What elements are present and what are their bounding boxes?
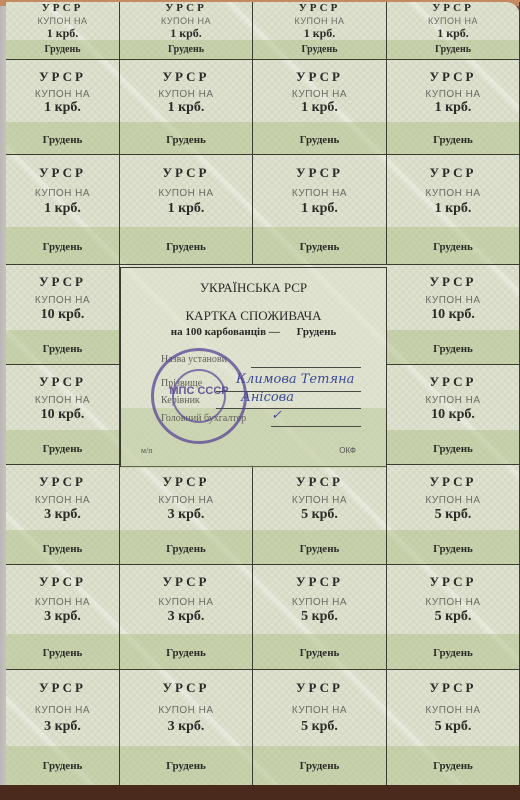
coupon-label: КУПОН НА bbox=[120, 705, 252, 716]
coupon-label: КУПОН НА bbox=[253, 16, 386, 26]
coupon-month: Грудень bbox=[6, 443, 119, 455]
coupon: УРСРКУПОН НА10 крб.Грудень bbox=[387, 265, 520, 365]
coupon-label: КУПОН НА bbox=[253, 89, 386, 100]
coupon-month: Грудень bbox=[253, 241, 386, 253]
coupon-issuer: УРСР bbox=[253, 69, 386, 85]
coupon-label: КУПОН НА bbox=[387, 495, 519, 506]
coupon: УРСРКУПОН НА5 крб.Грудень bbox=[387, 465, 520, 565]
coupon-label: КУПОН НА bbox=[6, 597, 119, 608]
coupon-value: 1 крб. bbox=[120, 26, 252, 41]
coupon-issuer: УРСР bbox=[253, 574, 386, 590]
coupon-issuer: УРСР bbox=[6, 574, 119, 590]
coupon-issuer: УРСР bbox=[6, 274, 119, 290]
card-title: КАРТКА СПОЖИВАЧА bbox=[121, 308, 386, 324]
coupon-value: 3 крб. bbox=[120, 507, 252, 523]
coupon-month: Грудень bbox=[120, 543, 252, 555]
coupon-value: 5 крб. bbox=[253, 507, 386, 523]
coupon-label: КУПОН НА bbox=[387, 705, 519, 716]
table-surface-bottom bbox=[0, 785, 520, 800]
coupon-month: Грудень bbox=[387, 134, 519, 146]
coupon: УРСРКУПОН НА10 крб.Грудень bbox=[6, 265, 120, 365]
coupon: УРСРКУПОН НА3 крб.Грудень bbox=[120, 565, 253, 670]
coupon-value: 1 крб. bbox=[120, 100, 252, 116]
coupon-value: 3 крб. bbox=[6, 719, 119, 735]
coupon-issuer: УРСР bbox=[120, 2, 252, 14]
coupon: УРСРКУПОН НА5 крб.Грудень bbox=[387, 670, 520, 786]
coupon-issuer: УРСР bbox=[120, 680, 252, 696]
coupon-label: КУПОН НА bbox=[387, 188, 519, 199]
coupon: УРСРКУПОН НА3 крб.Грудень bbox=[120, 670, 253, 786]
coupon-value: 10 крб. bbox=[387, 307, 519, 323]
card-month: Грудень bbox=[297, 326, 337, 338]
coupon: УРСРКУПОН НА1 крб.Грудень bbox=[387, 60, 520, 155]
coupon: УРСРКУПОН НА10 крб.Грудень bbox=[6, 365, 120, 465]
card-amount-line: на 100 карбованців — Грудень bbox=[121, 326, 386, 338]
coupon-label: КУПОН НА bbox=[253, 705, 386, 716]
coupon-label: КУПОН НА bbox=[6, 395, 119, 406]
coupon-month: Грудень bbox=[6, 760, 119, 772]
coupon: УРСРКУПОН НА3 крб.Грудень bbox=[6, 565, 120, 670]
coupon-value: 1 крб. bbox=[253, 26, 386, 41]
coupon-month: Грудень bbox=[387, 44, 519, 55]
coupon-value: 1 крб. bbox=[6, 201, 119, 217]
coupon-label: КУПОН НА bbox=[120, 188, 252, 199]
coupon-label: КУПОН НА bbox=[387, 395, 519, 406]
coupon-value: 1 крб. bbox=[387, 201, 519, 217]
coupon-month: Грудень bbox=[6, 44, 119, 55]
coupon-month: Грудень bbox=[6, 134, 119, 146]
coupon-month: Грудень bbox=[120, 44, 252, 55]
coupon: УРСРКУПОН НА3 крб.Грудень bbox=[120, 465, 253, 565]
coupon: УРСРКУПОН НА1 крб.Грудень bbox=[253, 2, 387, 60]
coupon-month: Грудень bbox=[6, 543, 119, 555]
coupon: УРСРКУПОН НА3 крб.Грудень bbox=[6, 465, 120, 565]
coupon-issuer: УРСР bbox=[253, 165, 386, 181]
coupon-value: 5 крб. bbox=[253, 719, 386, 735]
coupon-month: Грудень bbox=[387, 343, 519, 355]
coupon-month: Грудень bbox=[253, 760, 386, 772]
coupon-sheet: УРСРКУПОН НА5 крб.ГруденьУРСРКУПОН НА5 к… bbox=[6, 2, 520, 788]
coupon-issuer: УРСР bbox=[253, 474, 386, 490]
coupon-month: Грудень bbox=[6, 241, 119, 253]
coupon: УРСРКУПОН НА1 крб.Грудень bbox=[120, 155, 253, 265]
coupon-issuer: УРСР bbox=[253, 2, 386, 14]
coupon-label: КУПОН НА bbox=[387, 16, 519, 26]
coupon-month: Грудень bbox=[387, 543, 519, 555]
signature-head: Анісова bbox=[241, 390, 294, 405]
coupon-month: Грудень bbox=[387, 241, 519, 253]
coupon-issuer: УРСР bbox=[6, 374, 119, 390]
coupon-label: КУПОН НА bbox=[120, 16, 252, 26]
coupon: УРСРКУПОН НА1 крб.Грудень bbox=[387, 2, 520, 60]
coupon-value: 5 крб. bbox=[387, 719, 519, 735]
coupon-month: Грудень bbox=[6, 343, 119, 355]
coupon-issuer: УРСР bbox=[387, 2, 519, 14]
signature-surname: Климова Тетяна bbox=[236, 372, 354, 387]
coupon-value: 1 крб. bbox=[6, 26, 119, 41]
coupon-issuer: УРСР bbox=[6, 165, 119, 181]
coupon-value: 1 крб. bbox=[387, 100, 519, 116]
card-republic: УКРАЇНСЬКА РСР bbox=[121, 280, 386, 296]
coupon: УРСРКУПОН НА5 крб.Грудень bbox=[253, 565, 387, 670]
coupon-issuer: УРСР bbox=[253, 680, 386, 696]
coupon-label: КУПОН НА bbox=[120, 597, 252, 608]
coupon-label: КУПОН НА bbox=[120, 89, 252, 100]
coupon-month: Грудень bbox=[120, 134, 252, 146]
coupon-value: 5 крб. bbox=[253, 609, 386, 625]
coupon-issuer: УРСР bbox=[120, 69, 252, 85]
coupon-issuer: УРСР bbox=[120, 165, 252, 181]
coupon-issuer: УРСР bbox=[387, 274, 519, 290]
coupon-issuer: УРСР bbox=[387, 374, 519, 390]
coupon-month: Грудень bbox=[253, 134, 386, 146]
coupon-issuer: УРСР bbox=[387, 474, 519, 490]
coupon: УРСРКУПОН НА1 крб.Грудень bbox=[120, 2, 253, 60]
signature-accountant: ✓ bbox=[271, 408, 282, 423]
coupon: УРСРКУПОН НА5 крб.Грудень bbox=[253, 465, 387, 565]
coupon-value: 1 крб. bbox=[120, 201, 252, 217]
coupon-value: 3 крб. bbox=[120, 719, 252, 735]
coupon-month: Грудень bbox=[253, 543, 386, 555]
coupon-value: 1 крб. bbox=[387, 26, 519, 41]
coupon-label: КУПОН НА bbox=[6, 495, 119, 506]
coupon-value: 5 крб. bbox=[387, 507, 519, 523]
coupon-label: КУПОН НА bbox=[387, 295, 519, 306]
coupon-value: 3 крб. bbox=[6, 507, 119, 523]
coupon-label: КУПОН НА bbox=[6, 16, 119, 26]
coupon: УРСРКУПОН НА1 крб.Грудень bbox=[120, 60, 253, 155]
coupon-month: Грудень bbox=[387, 647, 519, 659]
coupon-label: КУПОН НА bbox=[387, 597, 519, 608]
coupon-month: Грудень bbox=[253, 647, 386, 659]
coupon-value: 1 крб. bbox=[253, 201, 386, 217]
coupon-month: Грудень bbox=[6, 647, 119, 659]
coupon-label: КУПОН НА bbox=[120, 495, 252, 506]
coupon-issuer: УРСР bbox=[120, 474, 252, 490]
coupon-month: Грудень bbox=[387, 760, 519, 772]
coupon-label: КУПОН НА bbox=[253, 188, 386, 199]
coupon-issuer: УРСР bbox=[6, 680, 119, 696]
coupon-label: КУПОН НА bbox=[6, 188, 119, 199]
coupon-value: 10 крб. bbox=[6, 307, 119, 323]
coupon-month: Грудень bbox=[253, 44, 386, 55]
coupon-label: КУПОН НА bbox=[253, 495, 386, 506]
coupon-month: Грудень bbox=[387, 443, 519, 455]
coupon: УРСРКУПОН НА1 крб.Грудень bbox=[6, 60, 120, 155]
coupon-value: 5 крб. bbox=[387, 609, 519, 625]
coupon-issuer: УРСР bbox=[6, 2, 119, 14]
coupon-issuer: УРСР bbox=[6, 69, 119, 85]
field-accountant-line bbox=[271, 426, 361, 427]
coupon-value: 3 крб. bbox=[6, 609, 119, 625]
coupon: УРСРКУПОН НА3 крб.Грудень bbox=[6, 670, 120, 786]
coupon-label: КУПОН НА bbox=[253, 597, 386, 608]
coupon: УРСРКУПОН НА5 крб.Грудень bbox=[253, 670, 387, 786]
coupon: УРСРКУПОН НА1 крб.Грудень bbox=[6, 2, 120, 60]
coupon-label: КУПОН НА bbox=[6, 295, 119, 306]
coupon-value: 1 крб. bbox=[6, 100, 119, 116]
coupon: УРСРКУПОН НА5 крб.Грудень bbox=[387, 565, 520, 670]
coupon: УРСРКУПОН НА1 крб.Грудень bbox=[387, 155, 520, 265]
coupon-value: 10 крб. bbox=[6, 407, 119, 423]
coupon-issuer: УРСР bbox=[387, 165, 519, 181]
coupon-value: 1 крб. bbox=[253, 100, 386, 116]
coupon: УРСРКУПОН НА1 крб.Грудень bbox=[6, 155, 120, 265]
card-amount: на 100 карбованців — bbox=[171, 326, 280, 338]
coupon-month: Грудень bbox=[120, 647, 252, 659]
coupon: УРСРКУПОН НА1 крб.Грудень bbox=[253, 155, 387, 265]
coupon-label: КУПОН НА bbox=[6, 89, 119, 100]
coupon-value: 10 крб. bbox=[387, 407, 519, 423]
coupon-issuer: УРСР bbox=[387, 69, 519, 85]
coupon-issuer: УРСР bbox=[387, 574, 519, 590]
field-institution-line bbox=[251, 367, 361, 368]
coupon-issuer: УРСР bbox=[6, 474, 119, 490]
coupon-label: КУПОН НА bbox=[6, 705, 119, 716]
okf-label: ОКФ bbox=[339, 446, 356, 455]
stamp-text: МПС СССР bbox=[154, 385, 244, 397]
seal-label: м/п bbox=[141, 446, 153, 455]
coupon-issuer: УРСР bbox=[387, 680, 519, 696]
coupon: УРСРКУПОН НА1 крб.Грудень bbox=[253, 60, 387, 155]
consumer-card-center: УКРАЇНСЬКА РСР КАРТКА СПОЖИВАЧА на 100 к… bbox=[120, 267, 387, 467]
coupon-value: 3 крб. bbox=[120, 609, 252, 625]
coupon-label: КУПОН НА bbox=[387, 89, 519, 100]
coupon-month: Грудень bbox=[120, 241, 252, 253]
coupon: УРСРКУПОН НА10 крб.Грудень bbox=[387, 365, 520, 465]
coupon-month: Грудень bbox=[120, 760, 252, 772]
official-stamp: МПС СССР bbox=[151, 348, 247, 444]
coupon-issuer: УРСР bbox=[120, 574, 252, 590]
